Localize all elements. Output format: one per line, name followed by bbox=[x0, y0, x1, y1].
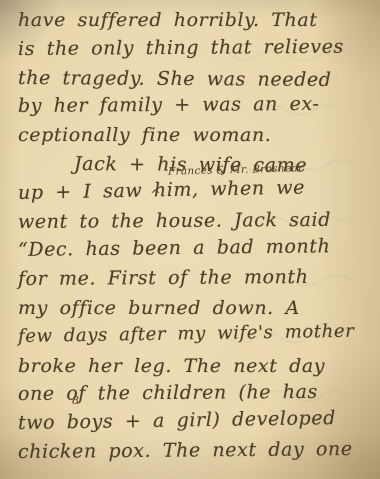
correction-mark: 8 bbox=[72, 394, 79, 407]
letter-line: “Dec. has been a bad month bbox=[18, 232, 376, 265]
letter-line: few days after my wife's mother bbox=[18, 317, 376, 351]
letter-line: is the only thing that relieves bbox=[18, 32, 376, 63]
letter-line: two boys + a girl) developed bbox=[18, 404, 376, 438]
letter-line: for me. First of the month bbox=[18, 263, 376, 294]
letter-line: chicken pox. The next day one bbox=[18, 435, 376, 467]
letter-line: ceptionally fine woman. bbox=[18, 121, 376, 150]
insertion-caret: ^ bbox=[150, 188, 161, 203]
letter-line: up + I saw him, when we bbox=[18, 172, 376, 208]
letter-page: have suffered horribly. That is the only… bbox=[0, 0, 380, 479]
letter-line: broke her leg. The next day bbox=[18, 352, 376, 381]
letter-line: have suffered horribly. That bbox=[18, 6, 376, 35]
letter-line: by her family + was an ex- bbox=[18, 90, 376, 121]
